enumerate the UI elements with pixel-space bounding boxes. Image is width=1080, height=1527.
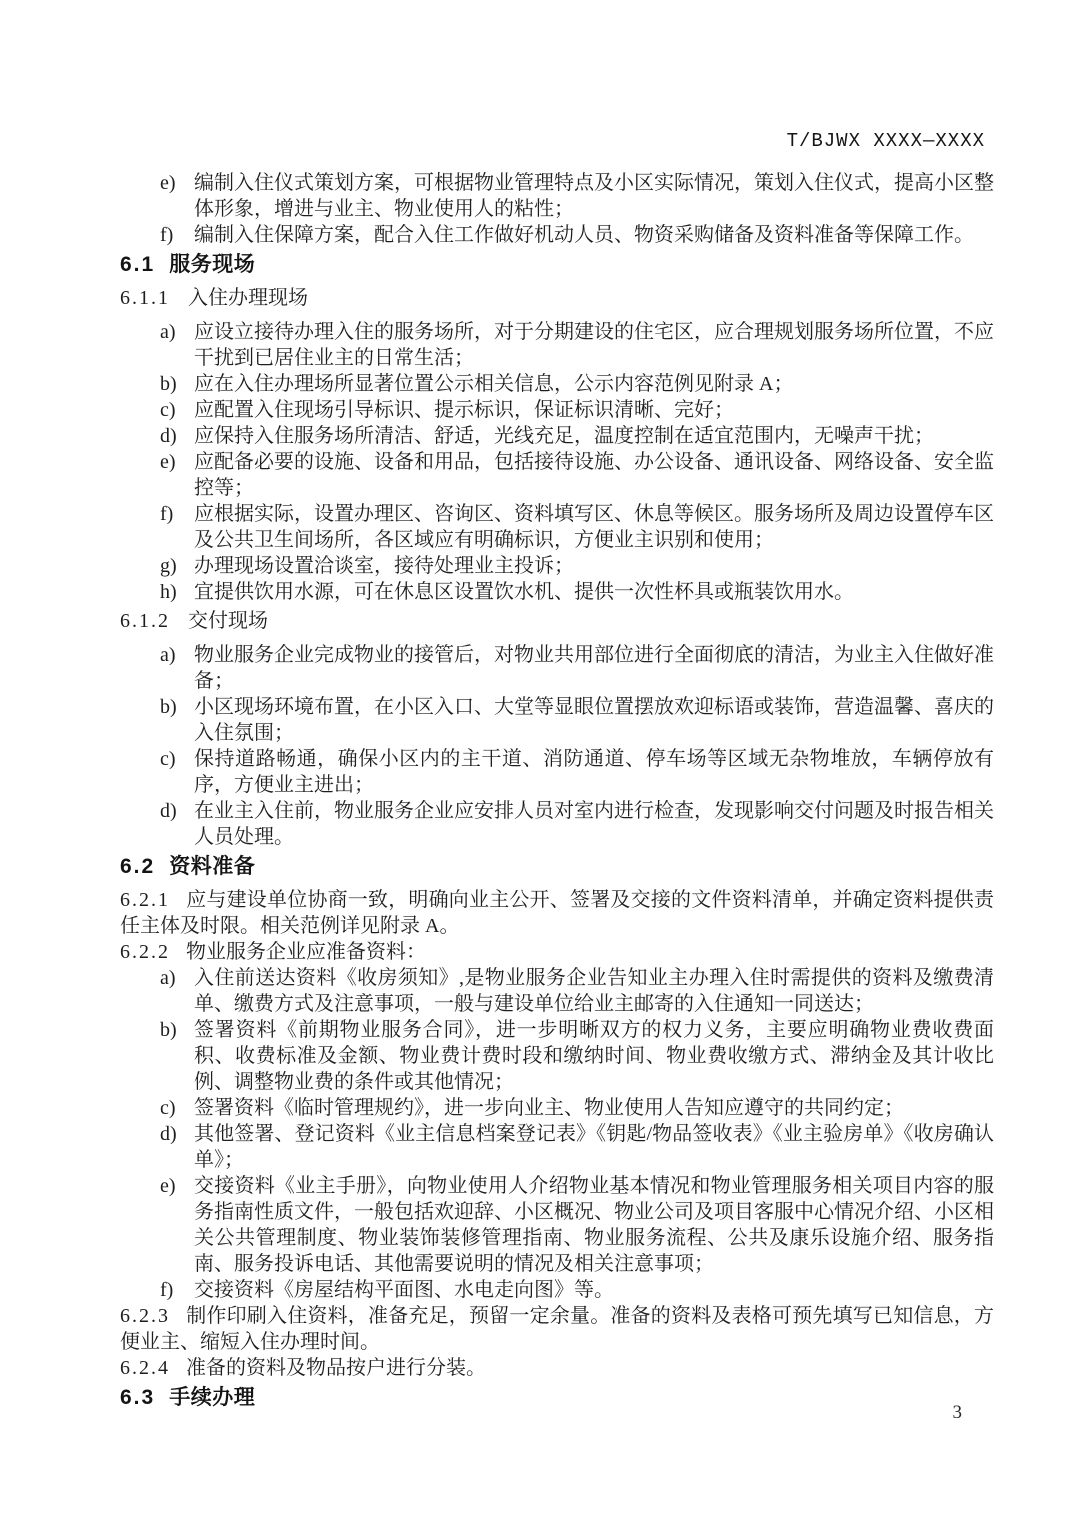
- item-text: 签署资料《前期物业服务合同》，进一步明晰双方的权力义务，主要应明确物业费收费面积…: [194, 1017, 994, 1095]
- item-label: c): [160, 1095, 194, 1121]
- subsection-heading-6-1-1: 6.1.1入住办理现场: [120, 285, 994, 311]
- item-label: f): [160, 1277, 194, 1303]
- clause-text: 物业服务企业应准备资料：: [186, 941, 426, 963]
- clause-6-2-3: 6.2.3制作印刷入住资料，准备充足，预留一定余量。准备的资料及表格可预先填写已…: [120, 1303, 994, 1355]
- item-text: 应配备必要的设施、设备和用品，包括接待设施、办公设备、通讯设备、网络设备、安全监…: [194, 449, 994, 501]
- item-label: a): [160, 965, 194, 1017]
- item-label: d): [160, 1121, 194, 1173]
- section-heading-6-3: 6.3手续办理: [120, 1384, 994, 1412]
- list-item: e) 交接资料《业主手册》，向物业使用人介绍物业基本情况和物业管理服务相关项目内…: [120, 1173, 994, 1277]
- section-title: 服务现场: [169, 253, 255, 276]
- subsection-title: 入住办理现场: [188, 287, 308, 309]
- item-label: a): [160, 319, 194, 371]
- list-item: b) 小区现场环境布置，在小区入口、大堂等显眼位置摆放欢迎标语或装饰，营造温馨、…: [120, 694, 994, 746]
- item-label: c): [160, 746, 194, 798]
- list-item: b) 签署资料《前期物业服务合同》，进一步明晰双方的权力义务，主要应明确物业费收…: [120, 1017, 994, 1095]
- section-number: 6.1: [120, 253, 155, 276]
- list-item: d) 在业主入住前，物业服务企业应安排人员对室内进行检查，发现影响交付问题及时报…: [120, 798, 994, 850]
- list-item: d) 其他签署、登记资料《业主信息档案登记表》《钥匙/物品签收表》《业主验房单》…: [120, 1121, 994, 1173]
- item-text: 应在入住办理场所显著位置公示相关信息，公示内容范例见附录 A；: [194, 371, 994, 397]
- list-item: g) 办理现场设置洽谈室，接待处理业主投诉；: [120, 553, 994, 579]
- list-item: a) 物业服务企业完成物业的接管后，对物业共用部位进行全面彻底的清洁，为业主入住…: [120, 642, 994, 694]
- clause-number: 6.2.1: [120, 889, 170, 911]
- item-text: 物业服务企业完成物业的接管后，对物业共用部位进行全面彻底的清洁，为业主入住做好准…: [194, 642, 994, 694]
- item-text: 应设立接待办理入住的服务场所，对于分期建设的住宅区，应合理规划服务场所位置，不应…: [194, 319, 994, 371]
- item-text: 办理现场设置洽谈室，接待处理业主投诉；: [194, 553, 994, 579]
- item-label: f): [160, 222, 194, 248]
- item-label: d): [160, 798, 194, 850]
- item-text: 宜提供饮用水源，可在休息区设置饮水机、提供一次性杯具或瓶装饮用水。: [194, 579, 994, 605]
- section-heading-6-2: 6.2资料准备: [120, 853, 994, 881]
- item-label: e): [160, 170, 194, 222]
- item-text: 保持道路畅通，确保小区内的主干道、消防通道、停车场等区域无杂物堆放，车辆停放有序…: [194, 746, 994, 798]
- list-item: f) 编制入住保障方案，配合入住工作做好机动人员、物资采购储备及资料准备等保障工…: [120, 222, 994, 248]
- item-label: a): [160, 642, 194, 694]
- subsection-number: 6.1.2: [120, 610, 170, 632]
- item-text: 应保持入住服务场所清洁、舒适，光线充足，温度控制在适宜范围内，无噪声干扰；: [194, 423, 994, 449]
- list-item: a) 应设立接待办理入住的服务场所，对于分期建设的住宅区，应合理规划服务场所位置…: [120, 319, 994, 371]
- section-number: 6.3: [120, 1386, 155, 1409]
- item-text: 交接资料《业主手册》，向物业使用人介绍物业基本情况和物业管理服务相关项目内容的服…: [194, 1173, 994, 1277]
- list-item: c) 应配置入住现场引导标识、提示标识，保证标识清晰、完好；: [120, 397, 994, 423]
- section-number: 6.2: [120, 855, 155, 878]
- doc-code: T/BJWX XXXX—XXXX: [787, 128, 985, 154]
- item-text: 编制入住保障方案，配合入住工作做好机动人员、物资采购储备及资料准备等保障工作。: [194, 222, 994, 248]
- section-heading-6-1: 6.1服务现场: [120, 251, 994, 279]
- item-label: g): [160, 553, 194, 579]
- item-text: 签署资料《临时管理规约》，进一步向业主、物业使用人告知应遵守的共同约定；: [194, 1095, 994, 1121]
- section-title: 资料准备: [169, 855, 255, 878]
- list-item: f) 交接资料《房屋结构平面图、水电走向图》等。: [120, 1277, 994, 1303]
- item-label: b): [160, 371, 194, 397]
- item-text: 入住前送达资料《收房须知》,是物业服务企业告知业主办理入住时需提供的资料及缴费清…: [194, 965, 994, 1017]
- list-item: a) 入住前送达资料《收房须知》,是物业服务企业告知业主办理入住时需提供的资料及…: [120, 965, 994, 1017]
- list-item: e) 编制入住仪式策划方案，可根据物业管理特点及小区实际情况，策划入住仪式，提高…: [120, 170, 994, 222]
- list-item: c) 签署资料《临时管理规约》，进一步向业主、物业使用人告知应遵守的共同约定；: [120, 1095, 994, 1121]
- item-text: 其他签署、登记资料《业主信息档案登记表》《钥匙/物品签收表》《业主验房单》《收房…: [194, 1121, 994, 1173]
- clause-6-2-4: 6.2.4准备的资料及物品按户进行分装。: [120, 1355, 994, 1381]
- list-item: e) 应配备必要的设施、设备和用品，包括接待设施、办公设备、通讯设备、网络设备、…: [120, 449, 994, 501]
- item-label: d): [160, 423, 194, 449]
- list-item: h) 宜提供饮用水源，可在休息区设置饮水机、提供一次性杯具或瓶装饮用水。: [120, 579, 994, 605]
- item-label: c): [160, 397, 194, 423]
- clause-6-2-1: 6.2.1应与建设单位协商一致，明确向业主公开、签署及交接的文件资料清单，并确定…: [120, 887, 994, 939]
- subsection-heading-6-1-2: 6.1.2交付现场: [120, 608, 994, 634]
- clause-6-2-2: 6.2.2物业服务企业应准备资料：: [120, 939, 994, 965]
- document-content: e) 编制入住仪式策划方案，可根据物业管理特点及小区实际情况，策划入住仪式，提高…: [0, 0, 1080, 1412]
- clause-text: 制作印刷入住资料，准备充足，预留一定余量。准备的资料及表格可预先填写已知信息，方…: [120, 1305, 994, 1353]
- item-text: 在业主入住前，物业服务企业应安排人员对室内进行检查，发现影响交付问题及时报告相关…: [194, 798, 994, 850]
- item-label: b): [160, 1017, 194, 1095]
- item-label: b): [160, 694, 194, 746]
- list-item: f) 应根据实际，设置办理区、咨询区、资料填写区、休息等候区。服务场所及周边设置…: [120, 501, 994, 553]
- section-title: 手续办理: [169, 1386, 255, 1409]
- clause-number: 6.2.3: [120, 1305, 170, 1327]
- clause-number: 6.2.2: [120, 941, 170, 963]
- item-text: 应根据实际，设置办理区、咨询区、资料填写区、休息等候区。服务场所及周边设置停车区…: [194, 501, 994, 553]
- subsection-title: 交付现场: [188, 610, 268, 632]
- clause-text: 准备的资料及物品按户进行分装。: [186, 1357, 486, 1379]
- page-number: 3: [953, 1400, 963, 1426]
- item-text: 交接资料《房屋结构平面图、水电走向图》等。: [194, 1277, 994, 1303]
- item-label: h): [160, 579, 194, 605]
- document-page: T/BJWX XXXX—XXXX e) 编制入住仪式策划方案，可根据物业管理特点…: [0, 0, 1080, 1527]
- list-item: b) 应在入住办理场所显著位置公示相关信息，公示内容范例见附录 A；: [120, 371, 994, 397]
- list-item: c) 保持道路畅通，确保小区内的主干道、消防通道、停车场等区域无杂物堆放，车辆停…: [120, 746, 994, 798]
- item-text: 编制入住仪式策划方案，可根据物业管理特点及小区实际情况，策划入住仪式，提高小区整…: [194, 170, 994, 222]
- item-label: e): [160, 449, 194, 501]
- clause-number: 6.2.4: [120, 1357, 170, 1379]
- item-text: 小区现场环境布置，在小区入口、大堂等显眼位置摆放欢迎标语或装饰，营造温馨、喜庆的…: [194, 694, 994, 746]
- item-text: 应配置入住现场引导标识、提示标识，保证标识清晰、完好；: [194, 397, 994, 423]
- subsection-number: 6.1.1: [120, 287, 170, 309]
- item-label: e): [160, 1173, 194, 1277]
- item-label: f): [160, 501, 194, 553]
- list-item: d) 应保持入住服务场所清洁、舒适，光线充足，温度控制在适宜范围内，无噪声干扰；: [120, 423, 994, 449]
- clause-text: 应与建设单位协商一致，明确向业主公开、签署及交接的文件资料清单，并确定资料提供责…: [120, 889, 994, 937]
